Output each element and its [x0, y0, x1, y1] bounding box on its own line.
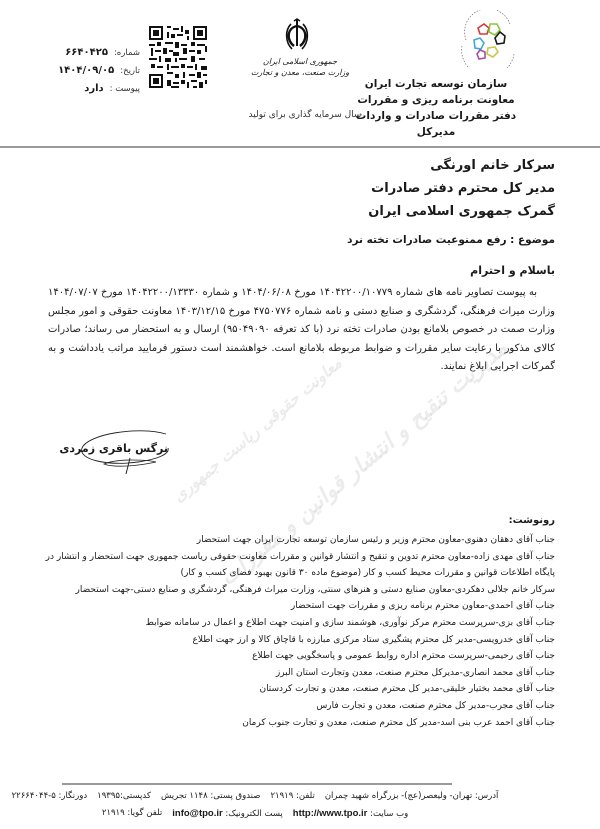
- cc-item: جناب آقای خدرویسی-مدیر کل محترم پشگیری س…: [30, 632, 555, 649]
- cc-item: جناب آقای محمد بختیار خلیقی-مدیر کل محتر…: [30, 681, 555, 698]
- ministry-name: وزارت صنعت، معدن و تجارت: [240, 67, 360, 78]
- greeting: باسلام و احترام: [470, 264, 555, 277]
- organization-header: سازمان توسعه تجارت ایران معاونت برنامه ر…: [336, 76, 536, 140]
- cc-item: جناب آقای بزی-سرپرست محترم مرکز نوآوری، …: [30, 615, 555, 632]
- letter-date-row: تاریخ: ۱۴۰۴/۰۹/۰۵: [50, 62, 140, 80]
- footer-po-box: صندوق پستی: ۱۱۴۸ تجریش: [161, 788, 261, 805]
- attachment-label: پیوست :: [110, 80, 140, 98]
- year-slogan: سال سرمایه گذاری برای تولید: [230, 110, 380, 120]
- signatory-name: نرگس باقری زمردی: [59, 442, 168, 455]
- addressee-title: مدیر کل محترم دفتر صادرات: [368, 177, 555, 200]
- cc-item: جناب آقای مهدی زاده-معاون محترم تدوین و …: [30, 549, 555, 582]
- letter-number-label: شماره:: [114, 44, 140, 62]
- footer-divider: [62, 783, 452, 785]
- footer-fax: دورنگار: ۵-۲۲۶۶۴۰۴۴: [12, 788, 88, 805]
- addressee-name: سرکار خانم اورنگی: [368, 154, 555, 177]
- cc-item: جناب آقای احمدی-معاون محترم برنامه ریزی …: [30, 598, 555, 615]
- addressee-block: سرکار خانم اورنگی مدیر کل محترم دفتر صاد…: [368, 154, 555, 223]
- cc-item: جناب آقای احمد عرب بنی اسد-مدیر کل محترم…: [30, 715, 555, 732]
- signature: نرگس باقری زمردی: [78, 428, 174, 472]
- footer-phone: تلفن: ۲۱۹۱۹: [270, 788, 314, 805]
- cc-title: رونوشت:: [509, 515, 555, 526]
- cc-item: جناب آقای محمد انصاری-مدیرکل محترم صنعت،…: [30, 665, 555, 682]
- ministry-header: جمهوری اسلامی ایران وزارت صنعت، معدن و ت…: [240, 56, 360, 78]
- letter-date-value: ۱۴۰۴/۰۹/۰۵: [58, 62, 114, 80]
- cc-list: جناب آقای دهقان دهنوی-معاون محترم وزیر و…: [30, 532, 555, 731]
- attachment-value: دارد: [84, 80, 103, 98]
- letter-number-row: شماره: ۶۶۴۰۴۲۵: [50, 44, 140, 62]
- org-name: سازمان توسعه تجارت ایران: [336, 76, 536, 92]
- letter-number-value: ۶۶۴۰۴۲۵: [65, 44, 108, 62]
- cc-item: جناب آقای رحیمی-سرپرست محترم اداره روابط…: [30, 648, 555, 665]
- footer-postal-code: کدپستی:۱۹۳۹۵: [97, 788, 151, 805]
- iran-emblem-icon: [282, 18, 312, 52]
- footer-contact-row: آدرس: تهران- ولیعصر(عج)- بزرگراه شهید چم…: [40, 788, 470, 805]
- addressee-organization: گمرک جمهوری اسلامی ایران: [368, 200, 555, 223]
- footer: آدرس: تهران- ولیعصر(عج)- بزرگراه شهید چم…: [40, 788, 470, 823]
- footer-email-label: پست الکترونیک:: [225, 809, 282, 819]
- trade-promotion-organization-logo-icon: [444, 10, 532, 68]
- qr-code-icon: [147, 24, 209, 90]
- subject-line: موضوع : رفع ممنوعیت صادرات تخته نرد: [347, 234, 555, 246]
- org-deputy: معاونت برنامه ریزی و مقررات: [336, 92, 536, 108]
- footer-website-group: وب سایت: http://www.tpo.ir: [293, 805, 408, 823]
- org-title: مدیرکل: [336, 124, 536, 140]
- footer-website-link[interactable]: http://www.tpo.ir: [293, 808, 368, 819]
- cc-item: سرکار خانم جلالی دهکردی-معاون صنایع دستی…: [30, 582, 555, 599]
- footer-voice-phone: تلفن گویا: ۲۱۹۱۹: [102, 805, 162, 823]
- cc-item: جناب آقای دهقان دهنوی-معاون محترم وزیر و…: [30, 532, 555, 549]
- attachment-row: پیوست : دارد: [50, 80, 140, 98]
- footer-email-group: پست الکترونیک: info@tpo.ir: [172, 805, 283, 823]
- footer-web-row: وب سایت: http://www.tpo.ir پست الکترونیک…: [40, 805, 470, 823]
- footer-website-label: وب سایت:: [370, 809, 408, 819]
- cc-item: جناب آقای مجرب-مدیر کل محترم صنعت، معدن …: [30, 698, 555, 715]
- footer-email-link[interactable]: info@tpo.ir: [172, 808, 222, 819]
- republic-name: جمهوری اسلامی ایران: [240, 56, 360, 67]
- letter-date-label: تاریخ:: [120, 62, 140, 80]
- footer-address: آدرس: تهران- ولیعصر(عج)- بزرگراه شهید چم…: [325, 788, 499, 805]
- letter-body: به پیوست تصاویر نامه های شماره ۱۴۰۴۲۲۰۰/…: [48, 284, 555, 377]
- letter-metadata: شماره: ۶۶۴۰۴۲۵ تاریخ: ۱۴۰۴/۰۹/۰۵ پیوست :…: [50, 44, 140, 98]
- header-divider: [0, 146, 600, 148]
